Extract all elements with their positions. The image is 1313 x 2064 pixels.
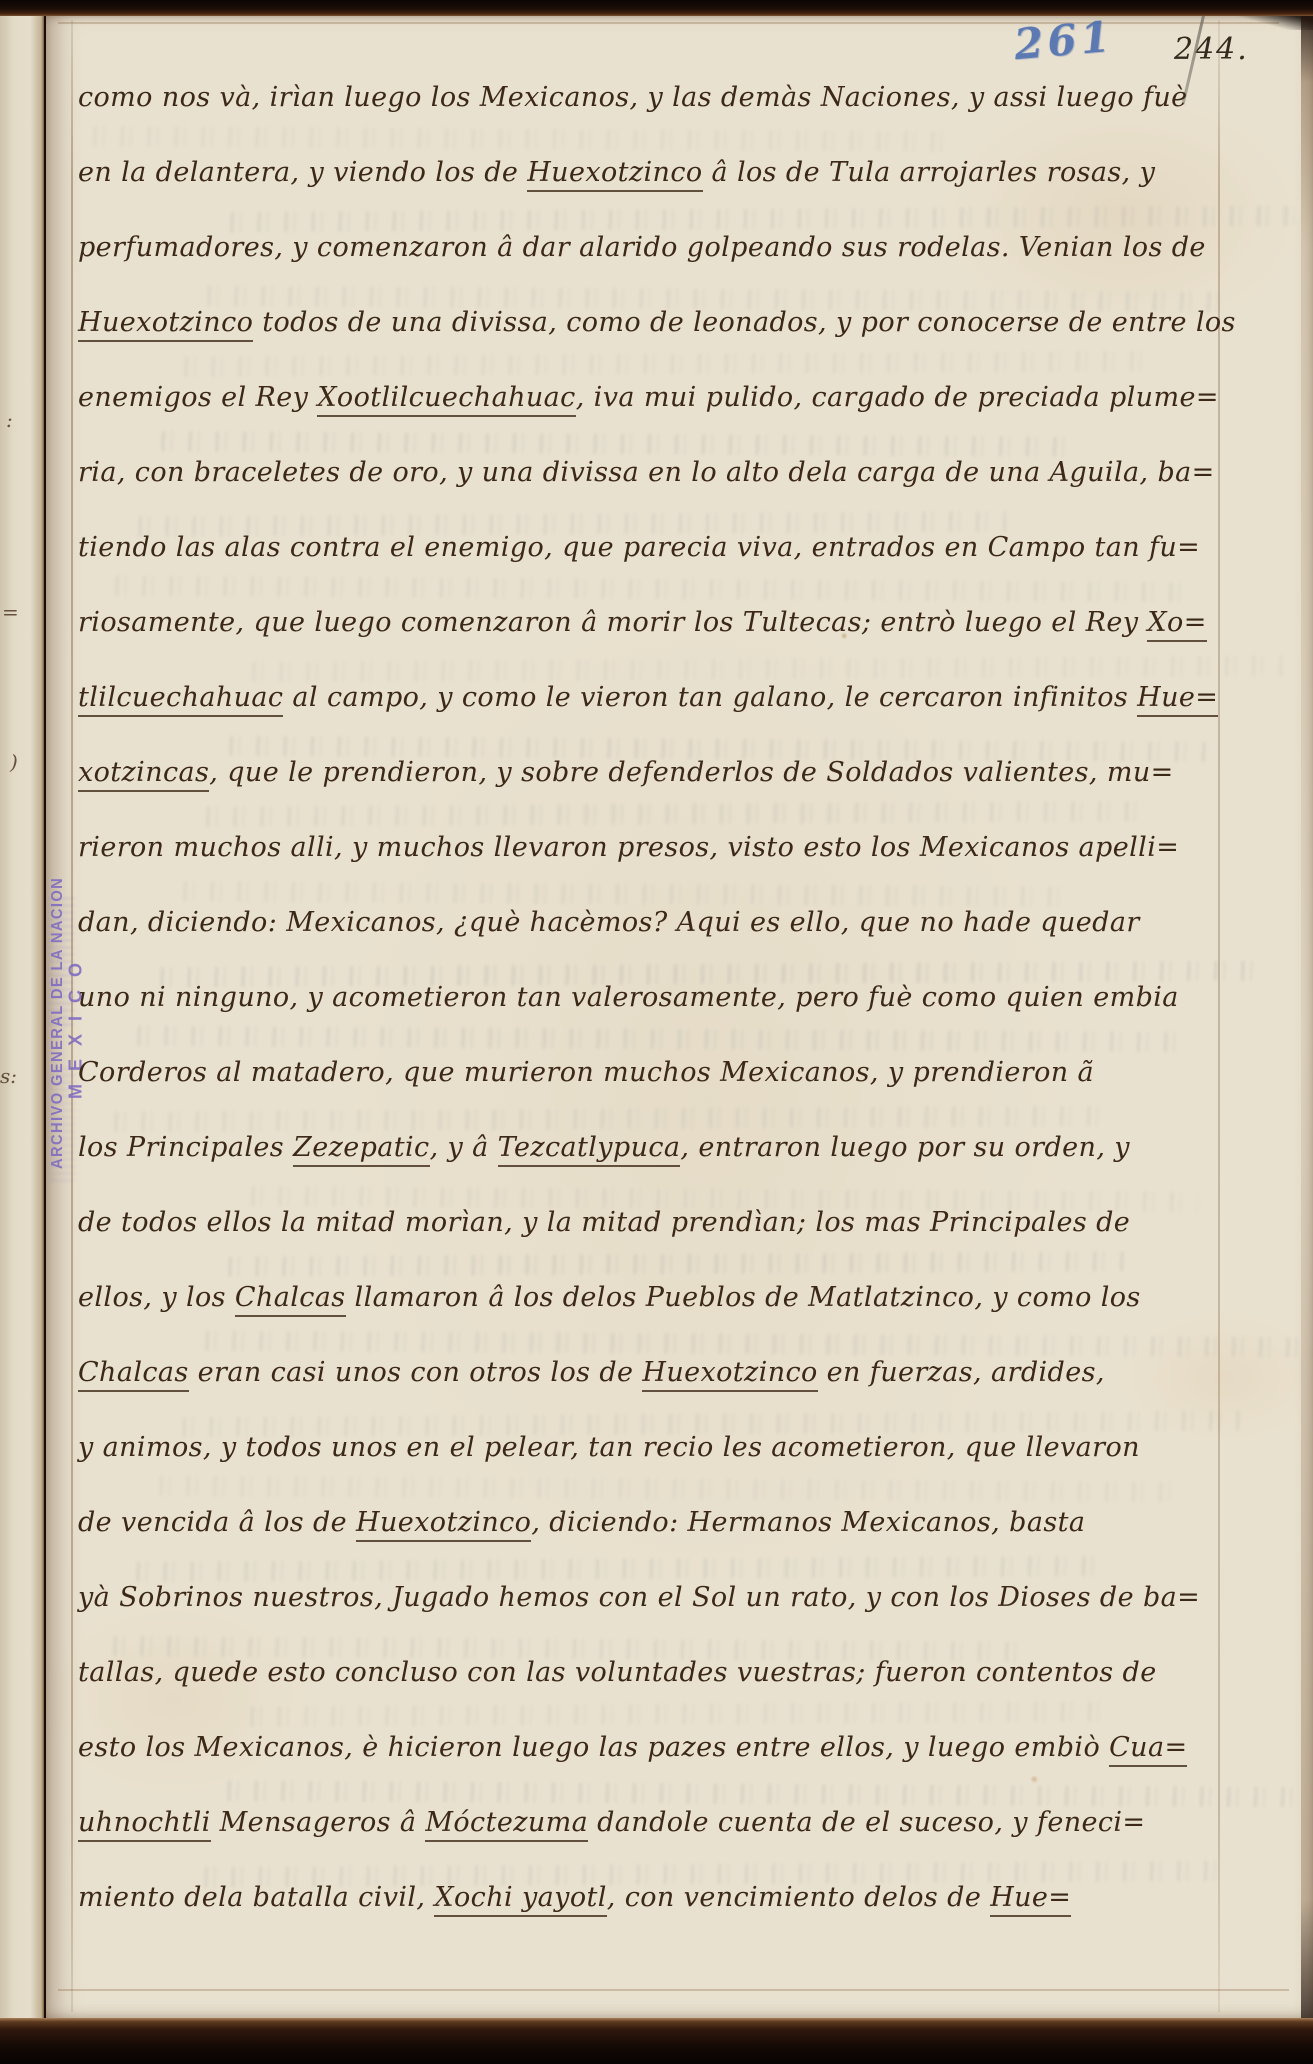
facing-page-text-fragment: = [2, 600, 19, 624]
facing-page-text-fragment: ) [10, 750, 18, 774]
manuscript-line: como nos và, irìan luego los Mexicanos, … [78, 60, 1307, 135]
page-right-edge [1301, 0, 1313, 2064]
bottom-ruling [58, 1989, 1289, 1991]
stamp-residue [49, 1064, 75, 1182]
photo-border-top [0, 0, 1313, 16]
manuscript-page: 261 244. ARCHIVO GENERAL DE LA NACION ME… [46, 14, 1313, 2020]
facing-page-text-fragment: s: [0, 1064, 17, 1088]
facing-page-text-fragment: : [6, 408, 13, 432]
facing-page-edge: : = ) s: [0, 0, 44, 2064]
photo-border-bottom [0, 2018, 1313, 2064]
stamp-residue [48, 894, 74, 1026]
manuscript-photo: : = ) s: 261 244. ARCHIVO GENERAL DE LA … [0, 0, 1313, 2064]
